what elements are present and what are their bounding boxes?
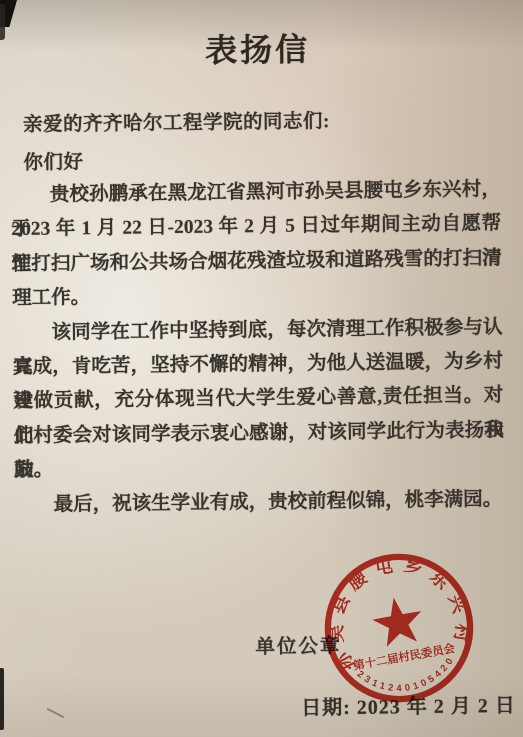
seal-star-icon xyxy=(369,593,426,648)
greeting-line: 你们好 xyxy=(23,146,83,175)
letter-title: 表扬信 xyxy=(0,22,519,74)
salutation-line: 亲爱的齐齐哈尔工程学院的同志们: xyxy=(23,103,490,137)
body-line: 该同学在工作中坚持到底，每次清理工作积极参与认真 xyxy=(12,311,502,351)
body-line: 设做贡献，充分体现当代大学生爱心善意,责任担当。对此我 xyxy=(13,379,503,419)
official-seal: 孙吴县腰屯乡东兴村 第十二届村民委员会 2311240105420 xyxy=(307,536,490,719)
photo-edge-shadow-left-bottom xyxy=(0,668,4,730)
letter-body: 贵校孙鹏承在黑龙江省黑河市孙吴县腰屯乡东兴村，于 2023 年 1 月 22 日… xyxy=(11,173,505,523)
body-line: 们村委会对该同学表示衷心感谢，对该同学此行为表扬和鼓 xyxy=(14,414,504,454)
body-line: 2023 年 1 月 22 日-2023 年 2 月 5 日过年期间主动自愿帮忙… xyxy=(11,207,501,247)
closing-line: 最后，祝该生学业有成，贵校前程似锦，桃李满园。 xyxy=(14,483,504,523)
photo-edge-shadow-left-top xyxy=(0,4,5,40)
letter-photo-page: 表扬信 亲爱的齐齐哈尔工程学院的同志们: 你们好 贵校孙鹏承在黑龙江省黑河市孙吴… xyxy=(0,0,523,737)
body-line: 理打扫广场和公共场合烟花残渣垃圾和道路残雪的打扫清 xyxy=(12,242,502,282)
official-seal-graphic: 孙吴县腰屯乡东兴村 第十二届村民委员会 2311240105420 xyxy=(307,536,490,719)
